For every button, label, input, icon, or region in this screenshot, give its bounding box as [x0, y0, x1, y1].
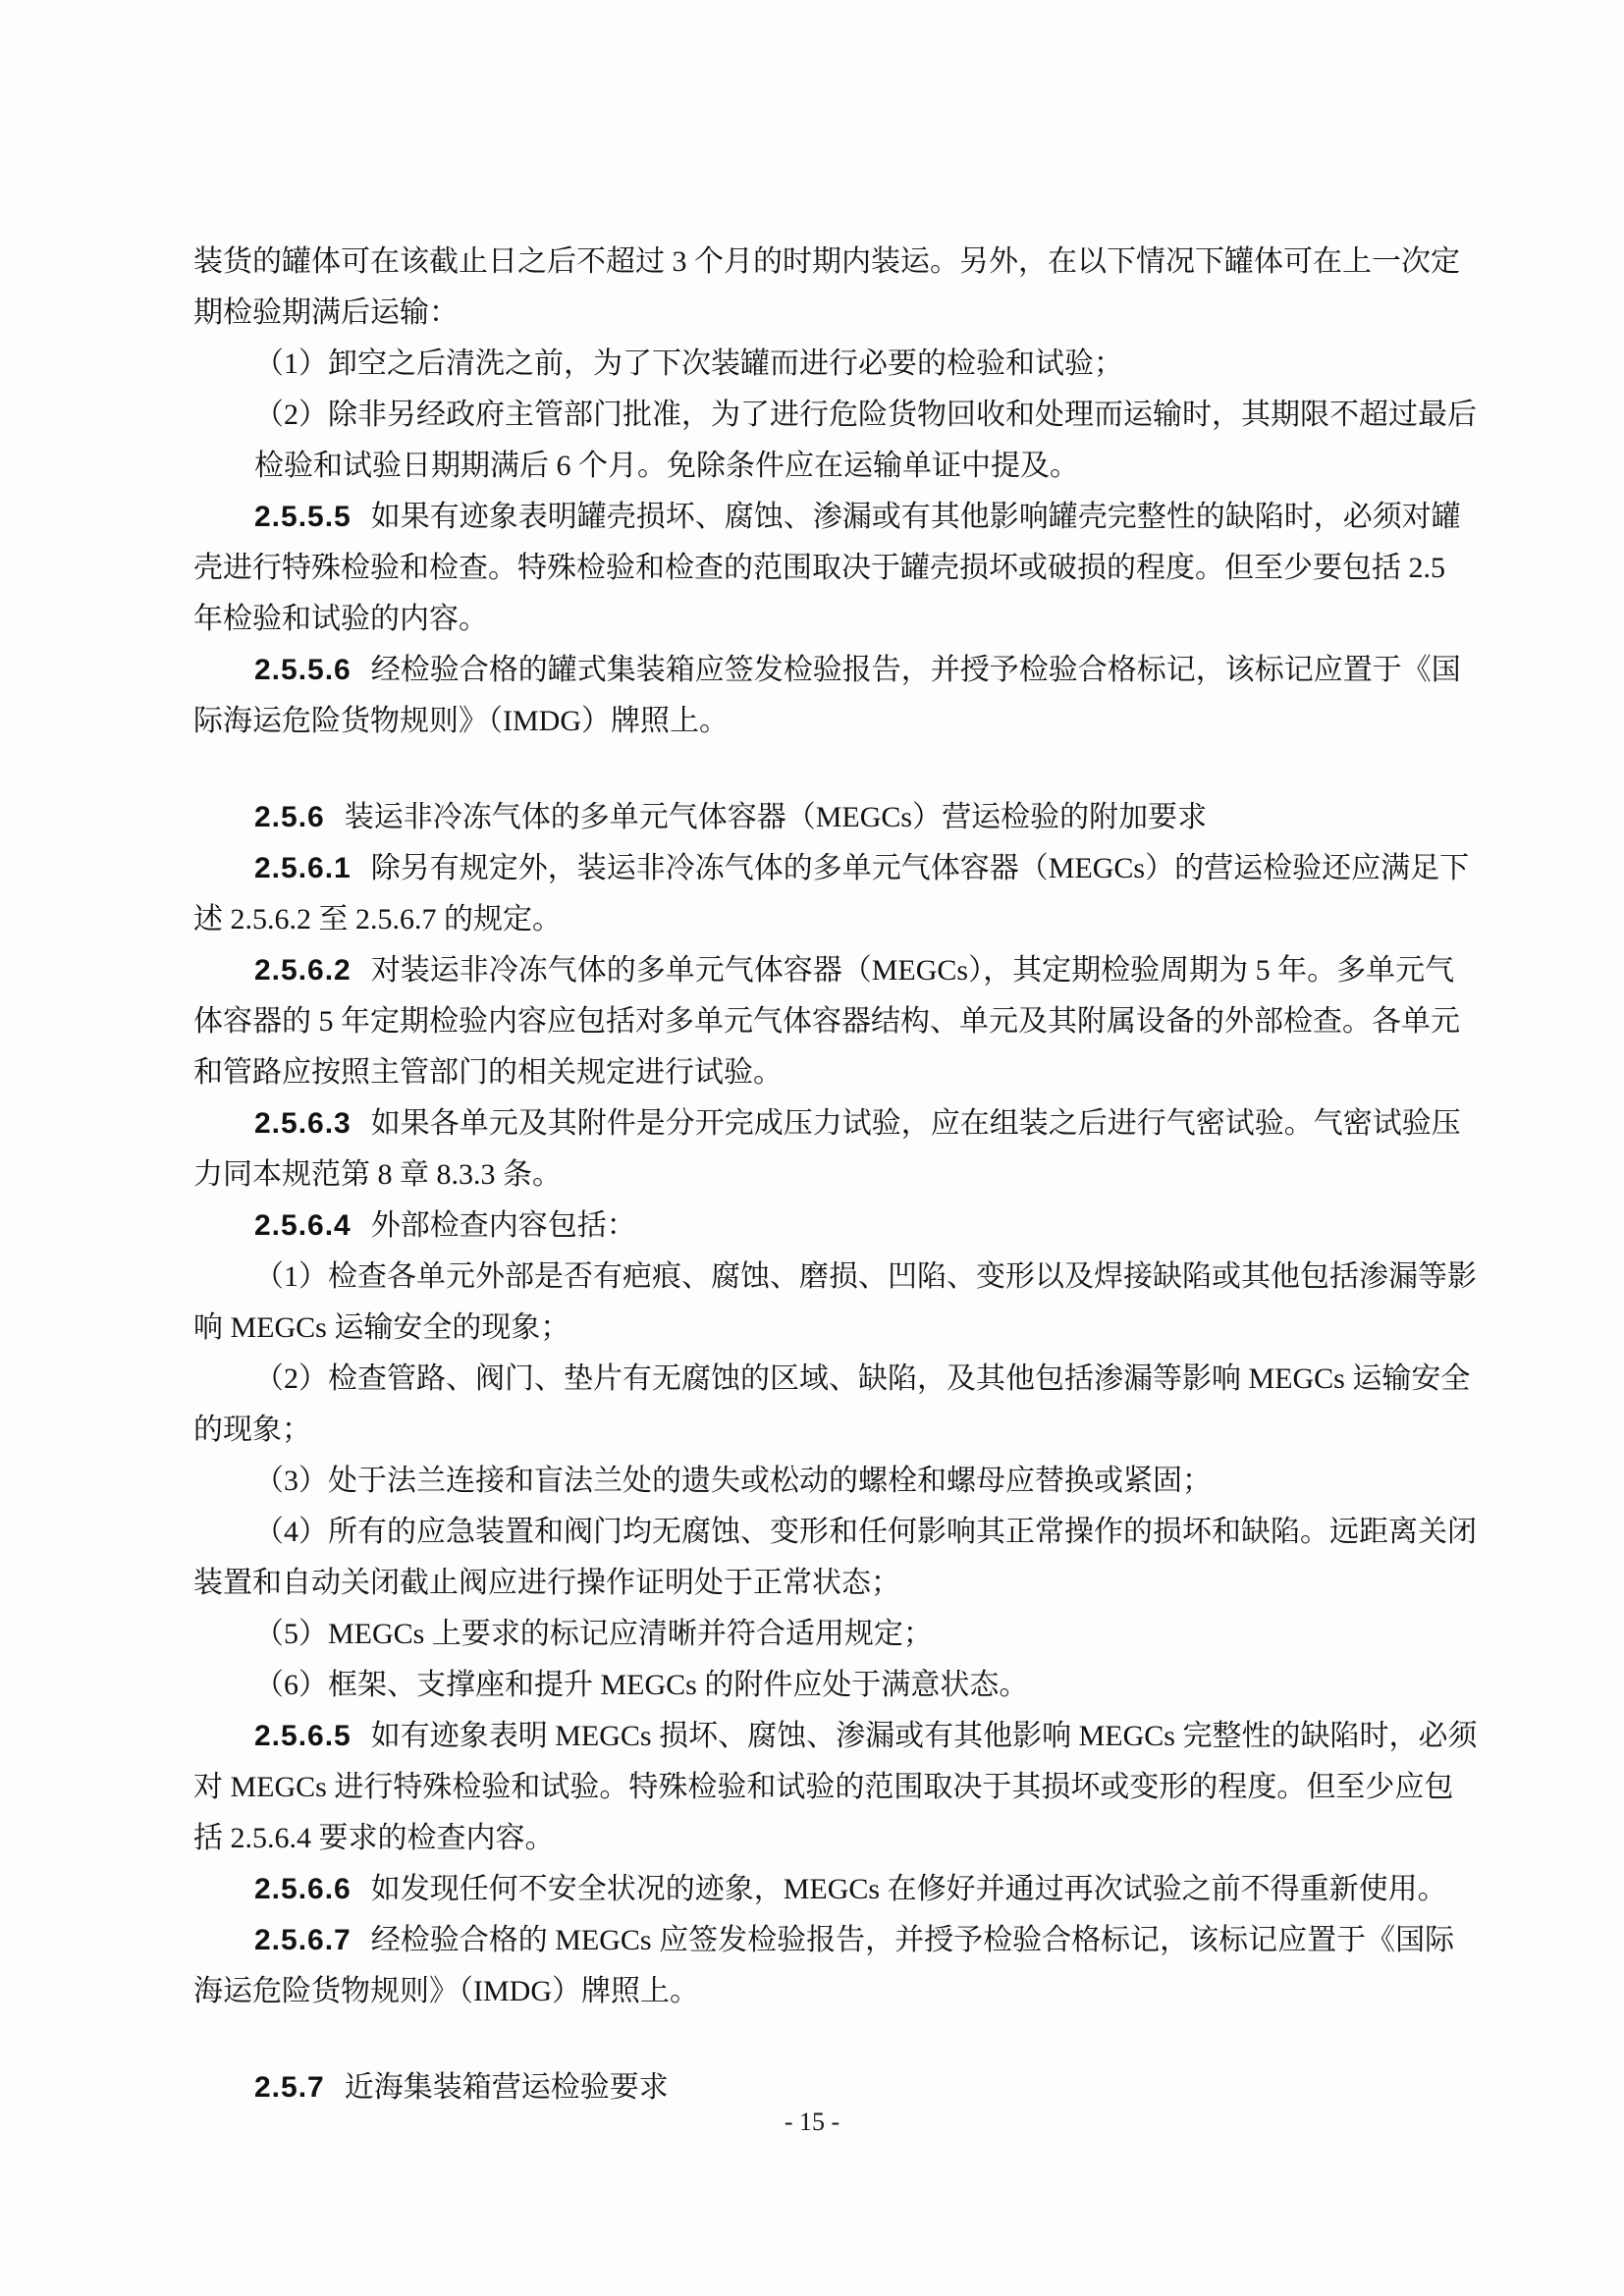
- text-line: 2.5.6.3如果各单元及其附件是分开完成压力试验，应在组装之后进行气密试验。气…: [193, 1098, 1442, 1149]
- paragraph-spacer: [193, 2017, 1442, 2062]
- numbered-paragraph: 2.5.6.2对装运非冷冻气体的多单元气体容器（MEGCs），其定期检验周期为 …: [193, 945, 1442, 1098]
- document-content: 装货的罐体可在该截止日之后不超过 3 个月的时期内装运。另外，在以下情况下罐体可…: [193, 237, 1442, 2113]
- paragraph: （1）检查各单元外部是否有疤痕、腐蚀、磨损、凹陷、变形以及焊接缺陷或其他包括渗漏…: [193, 1252, 1442, 1354]
- text-line: 装置和自动关闭截止阀应进行操作证明处于正常状态；: [193, 1558, 1442, 1609]
- text-line: 2.5.6.6如发现任何不安全状况的迹象，MEGCs 在修好并通过再次试验之前不…: [193, 1864, 1442, 1915]
- text-line: 际海运危险货物规则》（IMDG）牌照上。: [193, 696, 1442, 747]
- section-number: 2.5.6.1: [254, 852, 352, 884]
- section-number: 2.5.5.5: [254, 501, 352, 533]
- text-line: 2.5.6装运非冷冻气体的多单元气体容器（MEGCs）营运检验的附加要求: [193, 792, 1442, 843]
- section-number: 2.5.6.6: [254, 1873, 352, 1905]
- text-line: 述 2.5.6.2 至 2.5.6.7 的规定。: [193, 894, 1442, 945]
- numbered-paragraph: 2.5.6.1除另有规定外，装运非冷冻气体的多单元气体容器（MEGCs）的营运检…: [193, 843, 1442, 945]
- section-number: 2.5.6.7: [254, 1924, 352, 1956]
- text-line: 的现象；: [193, 1405, 1442, 1456]
- text-line: 期检验期满后运输：: [193, 288, 1442, 339]
- text-line: （2）除非另经政府主管部门批准，为了进行危险货物回收和处理而运输时，其期限不超过…: [193, 390, 1442, 441]
- numbered-paragraph: 2.5.6.5如有迹象表明 MEGCs 损坏、腐蚀、渗漏或有其他影响 MEGCs…: [193, 1711, 1442, 1864]
- paragraph: （2）检查管路、阀门、垫片有无腐蚀的区域、缺陷，及其他包括渗漏等影响 MEGCs…: [193, 1354, 1442, 1456]
- paragraph: （2）除非另经政府主管部门批准，为了进行危险货物回收和处理而运输时，其期限不超过…: [193, 390, 1442, 492]
- text-line: （6）框架、支撑座和提升 MEGCs 的附件应处于满意状态。: [193, 1660, 1442, 1711]
- paragraph: （5）MEGCs 上要求的标记应清晰并符合适用规定；: [193, 1609, 1442, 1660]
- text-line: （4）所有的应急装置和阀门均无腐蚀、变形和任何影响其正常操作的损坏和缺陷。远距离…: [193, 1507, 1442, 1558]
- section-number: 2.5.6.3: [254, 1107, 352, 1140]
- text-line: 海运危险货物规则》（IMDG）牌照上。: [193, 1966, 1442, 2017]
- text-line: 检验和试验日期期满后 6 个月。免除条件应在运输单证中提及。: [193, 441, 1442, 492]
- paragraph: （1）卸空之后清洗之前，为了下次装罐而进行必要的检验和试验；: [193, 339, 1442, 390]
- section-number: 2.5.6.4: [254, 1209, 352, 1242]
- text-line: 装货的罐体可在该截止日之后不超过 3 个月的时期内装运。另外，在以下情况下罐体可…: [193, 237, 1442, 288]
- paragraph: 装货的罐体可在该截止日之后不超过 3 个月的时期内装运。另外，在以下情况下罐体可…: [193, 237, 1442, 339]
- section-number: 2.5.6.5: [254, 1720, 352, 1752]
- text-line: 对 MEGCs 进行特殊检验和试验。特殊检验和试验的范围取决于其损坏或变形的程度…: [193, 1762, 1442, 1813]
- numbered-paragraph: 2.5.6.4外部检查内容包括：: [193, 1201, 1442, 1252]
- numbered-paragraph: 2.5.6.6如发现任何不安全状况的迹象，MEGCs 在修好并通过再次试验之前不…: [193, 1864, 1442, 1915]
- text-line: 2.5.6.1除另有规定外，装运非冷冻气体的多单元气体容器（MEGCs）的营运检…: [193, 843, 1442, 894]
- section-number: 2.5.6.2: [254, 954, 352, 987]
- numbered-paragraph: 2.5.6.3如果各单元及其附件是分开完成压力试验，应在组装之后进行气密试验。气…: [193, 1098, 1442, 1201]
- text-line: 2.5.6.2对装运非冷冻气体的多单元气体容器（MEGCs），其定期检验周期为 …: [193, 945, 1442, 996]
- numbered-paragraph: 2.5.5.5如果有迹象表明罐壳损坏、腐蚀、渗漏或有其他影响罐壳完整性的缺陷时，…: [193, 492, 1442, 645]
- section-number: 2.5.7: [254, 2071, 325, 2104]
- text-line: （2）检查管路、阀门、垫片有无腐蚀的区域、缺陷，及其他包括渗漏等影响 MEGCs…: [193, 1354, 1442, 1405]
- text-line: 和管路应按照主管部门的相关规定进行试验。: [193, 1047, 1442, 1098]
- text-line: 2.5.6.4外部检查内容包括：: [193, 1201, 1442, 1252]
- section-number: 2.5.6: [254, 801, 325, 833]
- paragraph: （4）所有的应急装置和阀门均无腐蚀、变形和任何影响其正常操作的损坏和缺陷。远距离…: [193, 1507, 1442, 1609]
- text-line: 括 2.5.6.4 要求的检查内容。: [193, 1813, 1442, 1864]
- text-line: 2.5.6.7经检验合格的 MEGCs 应签发检验报告，并授予检验合格标记，该标…: [193, 1915, 1442, 1966]
- text-line: 体容器的 5 年定期检验内容应包括对多单元气体容器结构、单元及其附属设备的外部检…: [193, 996, 1442, 1047]
- text-line: （1）检查各单元外部是否有疤痕、腐蚀、磨损、凹陷、变形以及焊接缺陷或其他包括渗漏…: [193, 1252, 1442, 1303]
- numbered-paragraph: 2.5.6装运非冷冻气体的多单元气体容器（MEGCs）营运检验的附加要求: [193, 792, 1442, 843]
- text-line: 力同本规范第 8 章 8.3.3 条。: [193, 1149, 1442, 1201]
- text-line: （5）MEGCs 上要求的标记应清晰并符合适用规定；: [193, 1609, 1442, 1660]
- text-line: （3）处于法兰连接和盲法兰处的遗失或松动的螺栓和螺母应替换或紧固；: [193, 1456, 1442, 1507]
- text-line: 响 MEGCs 运输安全的现象；: [193, 1303, 1442, 1354]
- paragraph: （6）框架、支撑座和提升 MEGCs 的附件应处于满意状态。: [193, 1660, 1442, 1711]
- text-line: 2.5.5.5如果有迹象表明罐壳损坏、腐蚀、渗漏或有其他影响罐壳完整性的缺陷时，…: [193, 492, 1442, 543]
- text-line: 年检验和试验的内容。: [193, 594, 1442, 645]
- text-line: 壳进行特殊检验和检查。特殊检验和检查的范围取决于罐壳损坏或破损的程度。但至少要包…: [193, 543, 1442, 594]
- numbered-paragraph: 2.5.5.6经检验合格的罐式集装箱应签发检验报告，并授予检验合格标记，该标记应…: [193, 645, 1442, 747]
- text-line: 2.5.5.6经检验合格的罐式集装箱应签发检验报告，并授予检验合格标记，该标记应…: [193, 645, 1442, 696]
- paragraph-spacer: [193, 747, 1442, 792]
- numbered-paragraph: 2.5.6.7经检验合格的 MEGCs 应签发检验报告，并授予检验合格标记，该标…: [193, 1915, 1442, 2017]
- text-line: （1）卸空之后清洗之前，为了下次装罐而进行必要的检验和试验；: [193, 339, 1442, 390]
- section-number: 2.5.5.6: [254, 654, 352, 686]
- document-page: 装货的罐体可在该截止日之后不超过 3 个月的时期内装运。另外，在以下情况下罐体可…: [0, 0, 1624, 2296]
- text-line: 2.5.6.5如有迹象表明 MEGCs 损坏、腐蚀、渗漏或有其他影响 MEGCs…: [193, 1711, 1442, 1762]
- page-number: - 15 -: [0, 2103, 1624, 2142]
- paragraph: （3）处于法兰连接和盲法兰处的遗失或松动的螺栓和螺母应替换或紧固；: [193, 1456, 1442, 1507]
